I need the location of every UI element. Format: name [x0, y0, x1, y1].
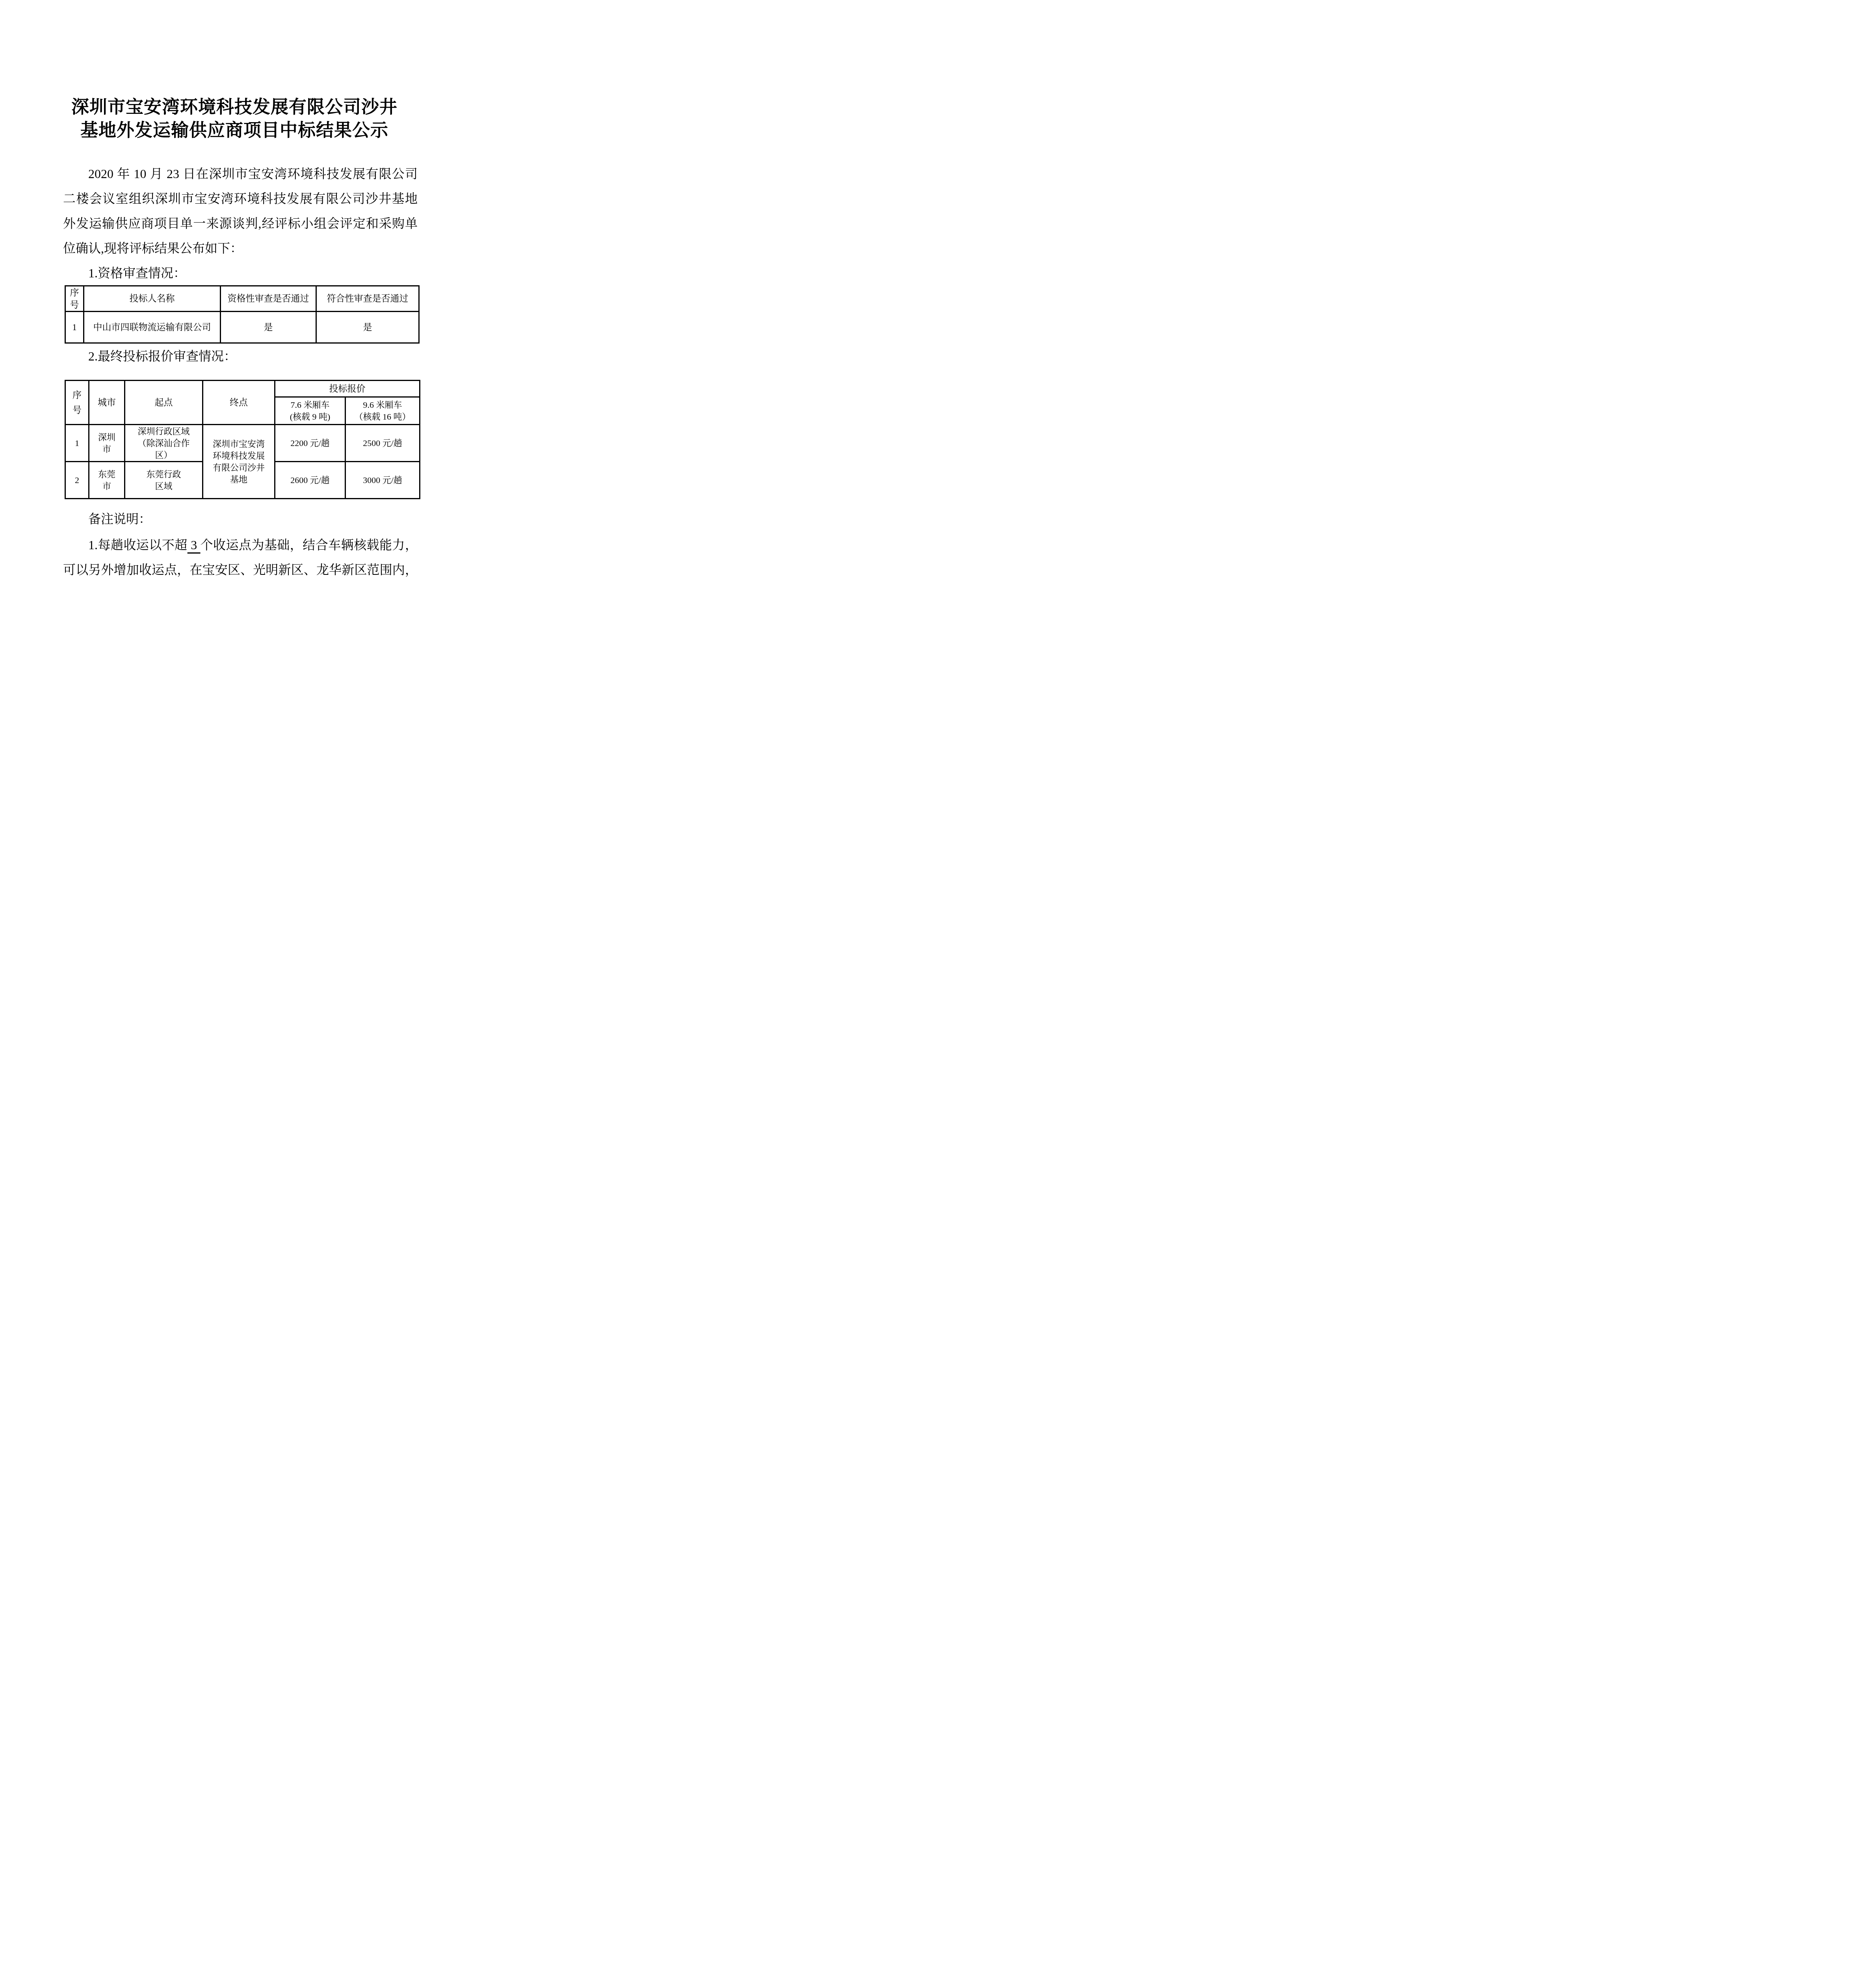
cell-seq-no: 1 — [65, 312, 84, 343]
cell-origin: 东莞行政 区域 — [125, 462, 203, 499]
cell-price-9-6m: 2500 元/趟 — [345, 425, 420, 462]
header-cell-bidder-name: 投标人名称 — [84, 286, 221, 312]
header-cell-truck-7-6m: 7.6 米厢车 (核载 9 吨) — [275, 397, 345, 425]
document-title: 深圳市宝安湾环境科技发展有限公司沙井 基地外发运输供应商项目中标结果公示 — [0, 96, 469, 142]
note-1-text-pre: 1.每趟收运以不超 — [88, 538, 188, 552]
price-table-row-1: 1 深圳 市 深圳行政区域 （除深汕合作 区） 深圳市宝安湾 环境科技发展 有限… — [65, 425, 420, 462]
cell-conformity-pass: 是 — [316, 312, 419, 343]
intro-line-1: 2020 年 10 月 23 日在深圳市宝安湾环境科技发展有限公司 — [63, 162, 418, 186]
section-2-heading: 2.最终投标报价审查情况： — [63, 344, 418, 369]
document-page: 深圳市宝安湾环境科技发展有限公司沙井 基地外发运输供应商项目中标结果公示 202… — [0, 0, 469, 663]
intro-line-3: 外发运输供应商项目单一来源谈判,经评标小组会评定和采购单 — [63, 211, 418, 236]
cell-origin: 深圳行政区域 （除深汕合作 区） — [125, 425, 203, 462]
header-cell-city: 城市 — [89, 381, 125, 425]
header-cell-bid-price: 投标报价 — [275, 381, 420, 397]
cell-seq-no: 2 — [65, 462, 89, 499]
cell-price-9-6m: 3000 元/趟 — [345, 462, 420, 499]
header-cell-seq-no: 序 号 — [65, 286, 84, 312]
header-cell-conformity-pass: 符合性审查是否通过 — [316, 286, 419, 312]
cell-price-7-6m: 2600 元/趟 — [275, 462, 345, 499]
intro-paragraph: 2020 年 10 月 23 日在深圳市宝安湾环境科技发展有限公司 二楼会议室组… — [63, 162, 418, 261]
cell-price-7-6m: 2200 元/趟 — [275, 425, 345, 462]
header-cell-truck-9-6m: 9.6 米厢车 （核载 16 吨） — [345, 397, 420, 425]
title-line-2: 基地外发运输供应商项目中标结果公示 — [0, 119, 469, 142]
qualification-table-row: 1 中山市四联物流运输有限公司 是 是 — [65, 312, 419, 343]
notes-heading: 备注说明： — [63, 507, 418, 532]
cell-city: 深圳 市 — [89, 425, 125, 462]
note-1-text-post: 个收运点为基础，结合车辆核载能力， — [201, 538, 418, 552]
qualification-review-table: 序 号 投标人名称 资格性审查是否通过 符合性审查是否通过 1 中山市四联物流运… — [65, 285, 420, 344]
cell-destination-merged: 深圳市宝安湾 环境科技发展 有限公司沙井 基地 — [203, 425, 275, 499]
header-cell-origin: 起点 — [125, 381, 203, 425]
qualification-table-header-row: 序 号 投标人名称 资格性审查是否通过 符合性审查是否通过 — [65, 286, 419, 312]
cell-bidder-name: 中山市四联物流运输有限公司 — [84, 312, 221, 343]
intro-line-4: 位确认,现将评标结果公布如下： — [63, 236, 418, 261]
cell-seq-no: 1 — [65, 425, 89, 462]
cell-city: 东莞 市 — [89, 462, 125, 499]
header-cell-qualification-pass: 资格性审查是否通过 — [221, 286, 316, 312]
header-cell-destination: 终点 — [203, 381, 275, 425]
price-table-header-row-1: 序 号 城市 起点 终点 投标报价 — [65, 381, 420, 397]
cell-qualification-pass: 是 — [221, 312, 316, 343]
note-line-1: 1.每趟收运以不超 3 个收运点为基础，结合车辆核载能力， — [63, 533, 418, 558]
note-line-2: 可以另外增加收运点，在宝安区、光明新区、龙华新区范围内， — [63, 558, 418, 582]
note-1-underlined-value: 3 — [188, 538, 201, 552]
header-cell-seq-no: 序 号 — [65, 381, 89, 425]
intro-line-2: 二楼会议室组织深圳市宝安湾环境科技发展有限公司沙井基地 — [63, 186, 418, 211]
title-line-1: 深圳市宝安湾环境科技发展有限公司沙井 — [0, 96, 469, 119]
bid-price-table: 序 号 城市 起点 终点 投标报价 7.6 米厢车 (核载 9 吨) 9.6 米… — [65, 380, 420, 499]
section-1-heading: 1.资格审查情况： — [63, 261, 418, 286]
